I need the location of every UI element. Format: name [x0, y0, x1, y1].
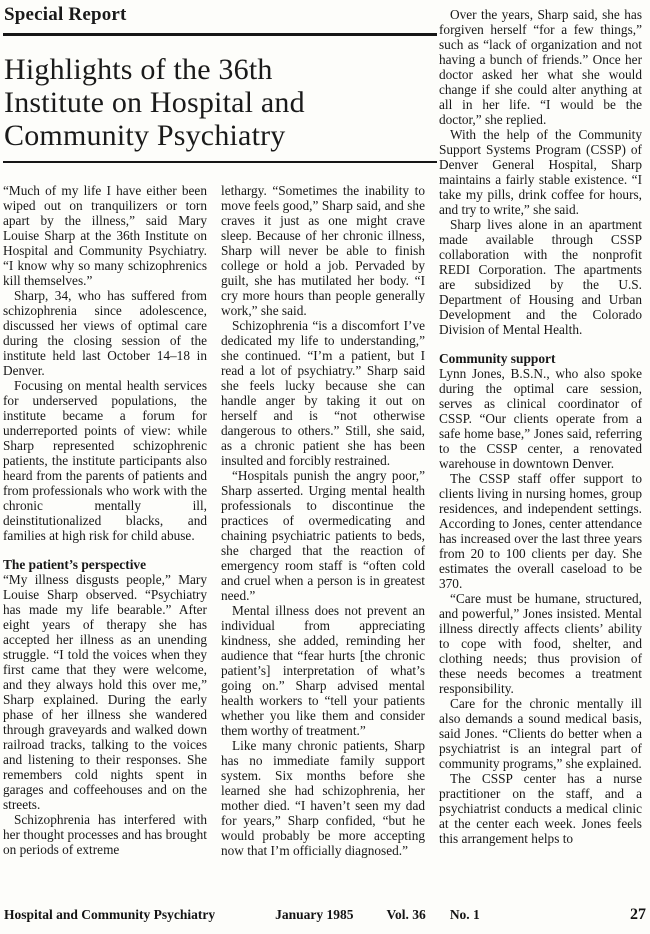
section-heading: The patient’s perspective: [3, 557, 207, 572]
running-footer: Hospital and Community Psychiatry Januar…: [4, 906, 646, 924]
article-content: Special Report Highlights of the 36th In…: [3, 4, 642, 858]
article-paragraph: “My illness disgusts people,” Mary Louis…: [3, 572, 207, 812]
article-title: Highlights of the 36th Institute on Hosp…: [4, 53, 414, 152]
article-title-line: Institute on Hospital and: [4, 86, 414, 119]
article-paragraph: Like many chronic patients, Sharp has no…: [221, 738, 425, 858]
article-column-2: lethargy. “Sometimes the inability to mo…: [221, 183, 425, 858]
footer-issue-number: No. 1: [450, 907, 480, 923]
article-paragraph: Sharp lives alone in an apartment made a…: [439, 217, 642, 337]
section-kicker: Special Report: [4, 4, 437, 26]
footer-journal-title: Hospital and Community Psychiatry: [4, 907, 215, 923]
article-paragraph: Focusing on mental health services for u…: [3, 378, 207, 543]
article-header: Special Report Highlights of the 36th In…: [3, 4, 437, 183]
article-paragraph: “Much of my life I have either been wipe…: [3, 183, 207, 288]
article-paragraph: The CSSP center has a nurse practitioner…: [439, 771, 642, 846]
footer-volume: Vol. 36: [387, 907, 426, 923]
article-paragraph: With the help of the Community Support S…: [439, 127, 642, 217]
article-paragraph: lethargy. “Sometimes the inability to mo…: [221, 183, 425, 318]
journal-page: Special Report Highlights of the 36th In…: [0, 0, 650, 934]
header-rule-bottom: [3, 161, 437, 163]
article-paragraph: Lynn Jones, B.S.N., who also spoke durin…: [439, 366, 642, 471]
article-paragraph: Sharp, 34, who has suffered from schizop…: [3, 288, 207, 378]
article-paragraph: Schizophrenia has interfered with her th…: [3, 812, 207, 857]
article-paragraph: Care for the chronic mentally ill also d…: [439, 696, 642, 771]
article-title-line: Community Psychiatry: [4, 119, 414, 152]
article-paragraph: Schizophrenia “is a discomfort I’ve dedi…: [221, 318, 425, 468]
article-paragraph: “Hospitals punish the angry poor,” Sharp…: [221, 468, 425, 603]
section-heading: Community support: [439, 351, 642, 366]
article-column-3: Over the years, Sharp said, she has forg…: [439, 4, 642, 846]
article-paragraph: The CSSP staff offer support to clients …: [439, 471, 642, 591]
article-paragraph: Mental illness does not prevent an indiv…: [221, 603, 425, 738]
footer-date: January 1985: [275, 907, 353, 923]
header-rule-top: [3, 33, 437, 36]
article-column-1: “Much of my life I have either been wipe…: [3, 183, 207, 857]
article-paragraph: “Care must be humane, structured, and po…: [439, 591, 642, 696]
article-paragraph: Over the years, Sharp said, she has forg…: [439, 7, 642, 127]
page-number: 27: [630, 906, 646, 924]
article-title-line: Highlights of the 36th: [4, 53, 414, 86]
